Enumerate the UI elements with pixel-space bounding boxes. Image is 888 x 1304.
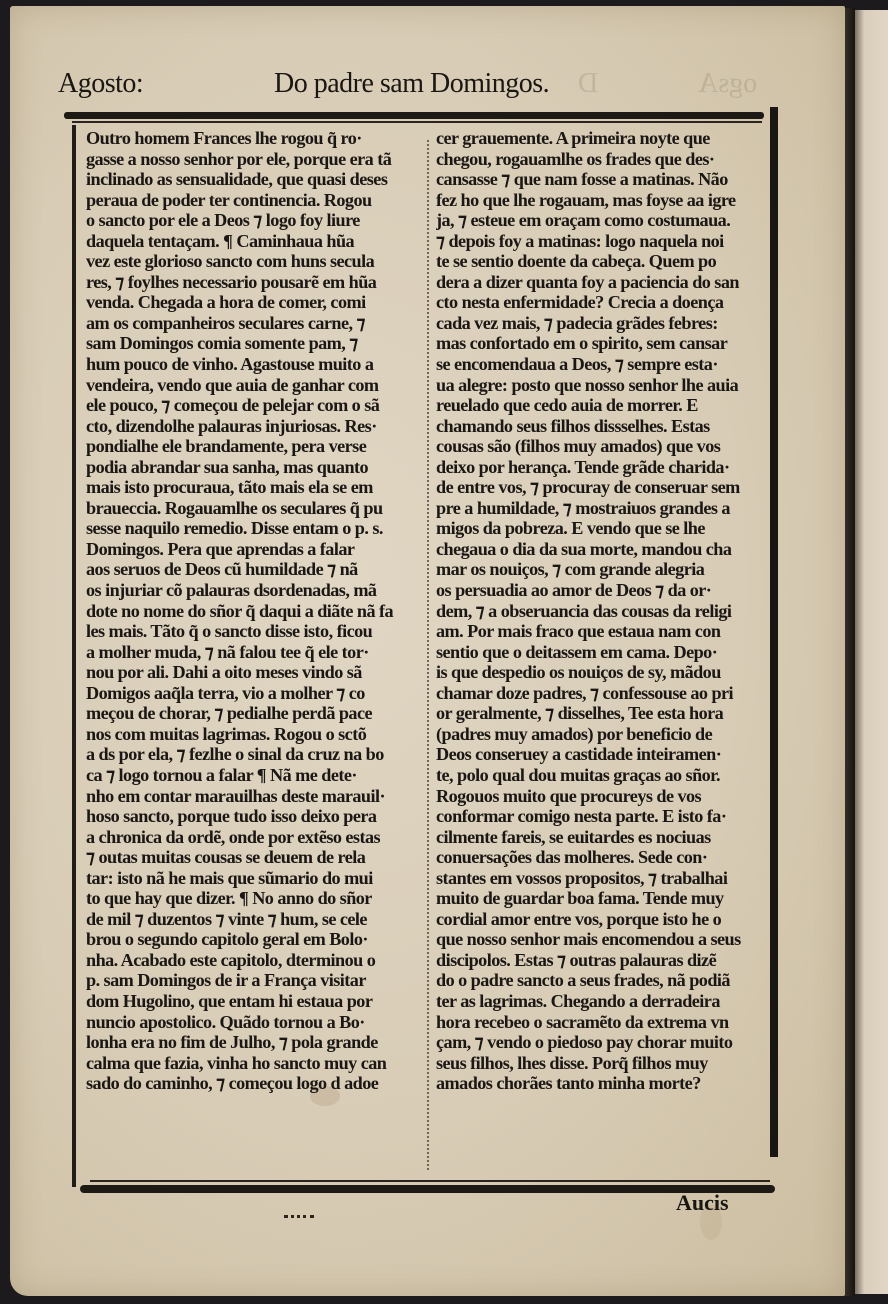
text-line: cilmente fareis, se euitardes es nociuas: [436, 827, 770, 848]
text-line: sado do caminho, ⁊ começou logo d adoe: [86, 1073, 428, 1094]
frame-left-border: [72, 125, 76, 1187]
text-line: cer grauemente. A primeira noyte que: [436, 128, 770, 149]
text-line: venda. Chegada a hora de comer, comi: [86, 292, 428, 313]
text-line: chamando seus filhos dissselhes. Estas: [436, 416, 770, 437]
text-line: dom Hugolino, que entam hi estaua por: [86, 991, 428, 1012]
catchword: Aucis: [676, 1190, 729, 1216]
bottom-rule-thin: [90, 1180, 770, 1182]
text-line: o sancto por ele a Deos ⁊ logo foy liure: [86, 210, 428, 231]
text-line: ja, ⁊ esteue em oraçam como costumaua.: [436, 210, 770, 231]
text-line: ele pouco, ⁊ começou de pelejar com o sã: [86, 395, 428, 416]
text-line: reuelado que cedo auia de morrer. E: [436, 395, 770, 416]
text-line: inclinado as sensualidade, que quasi des…: [86, 169, 428, 190]
text-line: mais isto procuraua, tãto mais ela se em: [86, 477, 428, 498]
text-line: les mais. Tãto q̃ o sancto disse isto, f…: [86, 621, 428, 642]
frame-right-border: [770, 107, 778, 1157]
text-line: Rogouos muito que procureys de vos: [436, 786, 770, 807]
running-head-month: Agosto:: [58, 68, 143, 100]
text-line: pre a humildade, ⁊ mostraiuos grandes a: [436, 498, 770, 519]
text-line: meçou de chorar, ⁊ pedialhe perdã pace: [86, 703, 428, 724]
running-head-title: Do padre sam Domingos.: [274, 68, 549, 100]
text-line: discipolos. Estas ⁊ outras palauras dizẽ: [436, 950, 770, 971]
text-line: te se sentio doente da cabeça. Quem po: [436, 251, 770, 272]
text-line: muito de guardar boa fama. Tende muy: [436, 888, 770, 909]
text-line: vez este glorioso sancto com huns secula: [86, 251, 428, 272]
text-line: Domigos aaq̃la terra, vio a molher ⁊ co: [86, 683, 428, 704]
text-line: peraua de poder ter continencia. Rogou: [86, 190, 428, 211]
text-line: chegaua o dia da sua morte, mandou cha: [436, 539, 770, 560]
text-line: çam, ⁊ vendo o piedoso pay chorar muito: [436, 1032, 770, 1053]
text-line: do o padre sancto a seus frades, nã podi…: [436, 970, 770, 991]
text-line: dera a dizer quanta foy a paciencia do s…: [436, 272, 770, 293]
text-line: a chronica da ordẽ, onde por extẽso esta…: [86, 827, 428, 848]
text-line: ter as lagrimas. Chegando a derradeira: [436, 991, 770, 1012]
text-line: am os companheiros seculares carne, ⁊: [86, 313, 428, 334]
text-line: mar os nouiços, ⁊ com grande alegria: [436, 559, 770, 580]
text-line: deixo por herança. Tende grãde charida·: [436, 457, 770, 478]
show-through-text: ogsA: [698, 68, 757, 100]
text-line: is que despedio os nouiços de sy, mãdou: [436, 662, 770, 683]
right-column: cer grauemente. A primeira noyte quecheg…: [436, 128, 770, 1094]
text-line: tar: isto nã he mais que sũmario do mui: [86, 868, 428, 889]
text-line: hora recebeo o sacramẽto da extrema vn: [436, 1012, 770, 1033]
text-line: stantes em vossos propositos, ⁊ trabalha…: [436, 868, 770, 889]
text-line: pondialhe ele brandamente, pera verse: [86, 436, 428, 457]
text-line: mas confortado em o spirito, sem cansar: [436, 333, 770, 354]
text-line: nos com muitas lagrimas. Rogou o sctõ: [86, 724, 428, 745]
text-line: ⁊ outas muitas cousas se deuem de rela: [86, 847, 428, 868]
text-line: sam Domingos comia somente pam, ⁊: [86, 333, 428, 354]
text-line: podia abrandar sua sanha, mas quanto: [86, 457, 428, 478]
text-line: a ds por ela, ⁊ fezlhe o sinal da cruz n…: [86, 744, 428, 765]
text-line: aos seruos de Deos cũ humildade ⁊ nã: [86, 559, 428, 580]
text-line: conformar comigo nesta parte. E isto fa·: [436, 806, 770, 827]
text-line: calma que fazia, vinha ho sancto muy can: [86, 1053, 428, 1074]
text-line: (padres muy amados) por beneficio de: [436, 724, 770, 745]
text-line: dem, ⁊ a obseruancia das cousas da relig…: [436, 601, 770, 622]
text-line: de mil ⁊ duzentos ⁊ vinte ⁊ hum, se cele: [86, 909, 428, 930]
adjacent-page-edge: [854, 10, 888, 1294]
text-line: conuersações das molheres. Sede con·: [436, 847, 770, 868]
text-line: de entre vos, ⁊ procuray de conseruar se…: [436, 477, 770, 498]
text-line: cansasse ⁊ que nam fosse a matinas. Não: [436, 169, 770, 190]
text-line: os injuriar cõ palauras dsordenadas, mã: [86, 580, 428, 601]
text-line: lonha era no fim de Julho, ⁊ pola grande: [86, 1032, 428, 1053]
text-line: seus filhos, lhes disse. Porq̃ filhos mu…: [436, 1053, 770, 1074]
text-line: cousas são (filhos muy amados) que vos: [436, 436, 770, 457]
text-line: fez ho que lhe rogauam, mas foyse aa igr…: [436, 190, 770, 211]
text-line: chamar doze padres, ⁊ confessouse ao pri: [436, 683, 770, 704]
text-line: res, ⁊ foylhes necessario pousarẽ em hũa: [86, 272, 428, 293]
text-line: cto nesta enfermidade? Crecia a doença: [436, 292, 770, 313]
left-column: Outro homem Frances lhe rogou q̃ ro·gass…: [86, 128, 428, 1094]
top-rule-thin: [72, 121, 762, 123]
text-line: to que hay que dizer. ¶ No anno do sñor: [86, 888, 428, 909]
text-line: a molher muda, ⁊ nã falou tee q̃ ele tor…: [86, 642, 428, 663]
text-line: te, polo qual dou muitas graças ao sñor.: [436, 765, 770, 786]
text-line: or geralmente, ⁊ disselhes, Tee esta hor…: [436, 703, 770, 724]
text-line: os persuadia ao amor de Deos ⁊ da or·: [436, 580, 770, 601]
running-head: Agosto: Do padre sam Domingos. D ogsA: [58, 60, 778, 104]
text-line: migos da pobreza. E vendo que se lhe: [436, 518, 770, 539]
text-line: braueccia. Rogauamlhe os seculares q̃ pu: [86, 498, 428, 519]
text-line: nho em contar marauilhas deste marauil·: [86, 786, 428, 807]
top-rule: [64, 112, 764, 119]
text-line: brou o segundo capitolo geral em Bolo·: [86, 929, 428, 950]
text-line: dote no nome do sñor q̃ daqui a diãte nã…: [86, 601, 428, 622]
text-line: que nosso senhor mais encomendou a seus: [436, 929, 770, 950]
text-line: sesse naquilo remedio. Disse entam o p. …: [86, 518, 428, 539]
text-line: se encomendaua a Deos, ⁊ sempre esta·: [436, 354, 770, 375]
text-line: hoso sancto, porque tudo isso deixo pera: [86, 806, 428, 827]
text-line: Domingos. Pera que aprendas a falar: [86, 539, 428, 560]
text-line: nou por ali. Dahi a oito meses vindo sã: [86, 662, 428, 683]
text-line: ua alegre: posto que nosso senhor lhe au…: [436, 375, 770, 396]
text-line: chegou, rogauamlhe os frades que des·: [436, 149, 770, 170]
show-through-text: D: [578, 68, 598, 100]
text-line: vendeira, vendo que auia de ganhar com: [86, 375, 428, 396]
text-line: hum pouco de vinho. Agastouse muito a: [86, 354, 428, 375]
text-line: daquela tentaçam. ¶ Caminhaua hũa: [86, 231, 428, 252]
text-line: gasse a nosso senhor por ele, porque era…: [86, 149, 428, 170]
text-line: ⁊ depois foy a matinas: logo naquela noi: [436, 231, 770, 252]
text-line: ca ⁊ logo tornou a falar ¶ Nã me dete·: [86, 765, 428, 786]
text-line: nha. Acabado este capitolo, dterminou o: [86, 950, 428, 971]
signature-mark: [284, 1211, 314, 1218]
text-line: Outro homem Frances lhe rogou q̃ ro·: [86, 128, 428, 149]
text-line: sentio que o deitassem em cama. Depo·: [436, 642, 770, 663]
text-line: amados chorães tanto minha morte?: [436, 1073, 770, 1094]
text-line: cto, dizendolhe palauras injuriosas. Res…: [86, 416, 428, 437]
text-line: cada vez mais, ⁊ padecia grãdes febres:: [436, 313, 770, 334]
text-line: Deos conseruey a castidade inteiramen·: [436, 744, 770, 765]
text-line: am. Por mais fraco que estaua nam con: [436, 621, 770, 642]
bottom-rule: [80, 1185, 775, 1193]
text-line: p. sam Domingos de ir a França visitar: [86, 970, 428, 991]
text-line: nuncio apostolico. Quãdo tornou a Bo·: [86, 1012, 428, 1033]
text-line: cordial amor entre vos, porque isto he o: [436, 909, 770, 930]
